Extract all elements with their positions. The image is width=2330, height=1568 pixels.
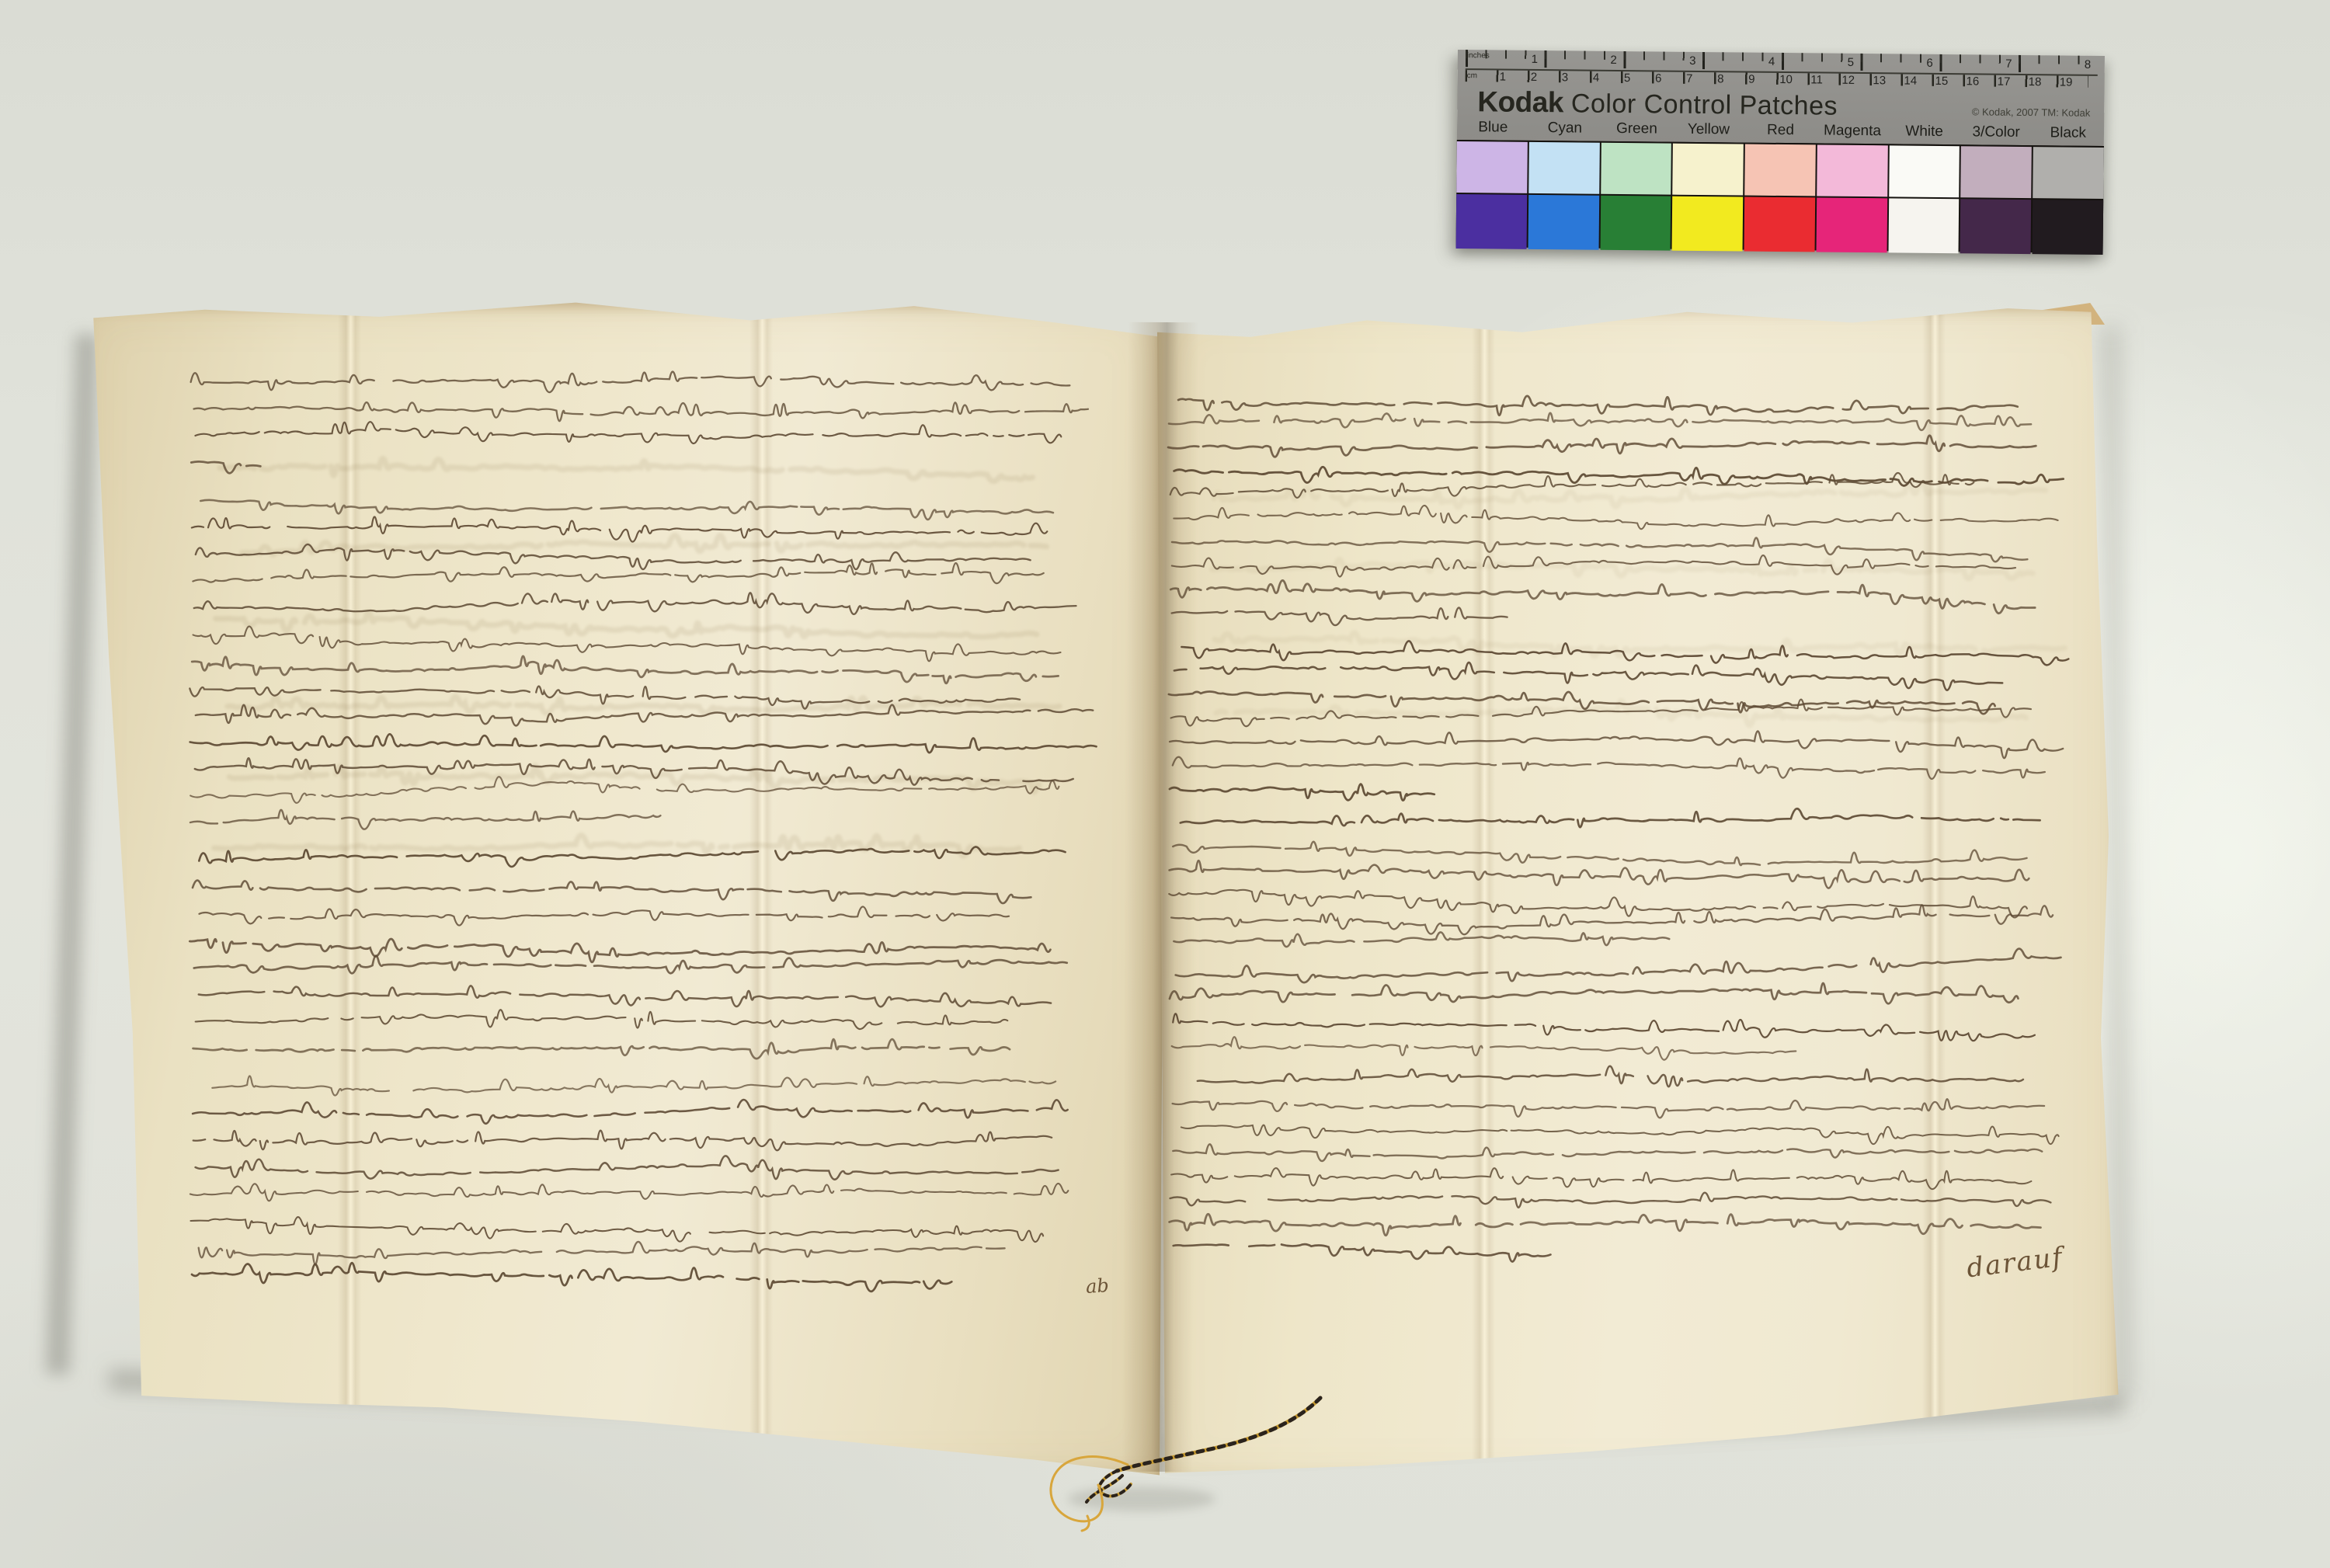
- patch-strong-green: [1600, 196, 1671, 251]
- inch-number: 6: [1926, 57, 1933, 70]
- kodak-logo-text: Kodak: [1477, 85, 1563, 118]
- patch-label-3-color: 3/Color: [1972, 123, 2019, 141]
- ruler: inches cm 12345678 123456789101112131415…: [1458, 50, 2105, 90]
- cm-number: 9: [1748, 73, 1755, 86]
- centre-fold-shadow: [1122, 322, 1199, 1472]
- patch-label-black: Black: [2050, 124, 2086, 141]
- patch-strong-cyan: [1528, 195, 1598, 250]
- cm-number: 10: [1779, 73, 1793, 86]
- patch-label-yellow: Yellow: [1688, 121, 1730, 139]
- fold-crease: [338, 299, 361, 1483]
- manuscript-left-page: [74, 299, 1165, 1483]
- patch-light-3-color: [1961, 146, 2032, 198]
- cm-number: 3: [1562, 71, 1569, 84]
- kodak-color-control-strip: inches cm 12345678 123456789101112131415…: [1456, 50, 2105, 253]
- patch-grid: [1456, 140, 2104, 253]
- patch-light-cyan: [1528, 142, 1599, 194]
- patch-label-white: White: [1905, 123, 1943, 141]
- patch-label-magenta: Magenta: [1824, 123, 1881, 141]
- cm-number: 5: [1624, 71, 1631, 85]
- patch-label-red: Red: [1767, 122, 1794, 139]
- inch-number: 3: [1689, 54, 1696, 68]
- patch-label-blue: Blue: [1478, 119, 1508, 136]
- patch-label-green: Green: [1616, 120, 1657, 138]
- patch-strong-blue: [1456, 194, 1527, 249]
- patch-light-blue: [1456, 141, 1527, 193]
- manuscript-right-page: [1153, 301, 2124, 1490]
- patch-strong-3-color: [1960, 199, 2031, 254]
- left-page-catchword: ab: [1085, 1274, 1110, 1298]
- patch-light-white: [1889, 145, 1960, 197]
- strip-title: Kodak Color Control Patches: [1477, 85, 1838, 121]
- inch-number: 7: [2005, 57, 2012, 71]
- fold-crease: [1472, 301, 1495, 1490]
- cm-number: 17: [1998, 75, 2011, 89]
- cm-number: 11: [1810, 73, 1823, 86]
- patch-strong-red: [1744, 197, 1815, 252]
- strip-copyright: © Kodak, 2007 TM: Kodak: [1972, 106, 2091, 118]
- cm-number: 16: [1967, 75, 1980, 88]
- fold-crease: [749, 299, 773, 1483]
- ruler-unit-cm: cm: [1467, 71, 1477, 80]
- inch-number: 4: [1768, 55, 1775, 68]
- patch-strong-magenta: [1816, 197, 1887, 252]
- cm-number: 12: [1841, 74, 1855, 87]
- strip-title-text: Color Control Patches: [1571, 89, 1838, 120]
- cm-number: 13: [1873, 74, 1886, 87]
- patch-light-magenta: [1817, 144, 1887, 196]
- cm-number: 6: [1655, 71, 1662, 85]
- cm-number: 1: [1500, 71, 1507, 84]
- patch-label-cyan: Cyan: [1548, 120, 1583, 137]
- patch-strong-black: [2033, 200, 2103, 255]
- patch-light-black: [2033, 147, 2103, 199]
- cm-number: 14: [1904, 75, 1917, 88]
- inch-number: 1: [1532, 53, 1539, 66]
- inch-number: 8: [2085, 58, 2092, 71]
- cm-number: 8: [1717, 72, 1724, 85]
- cm-number: 15: [1935, 75, 1948, 88]
- patch-light-yellow: [1673, 144, 1744, 196]
- patch-strong-white: [1888, 198, 1959, 253]
- cm-number: 2: [1531, 71, 1538, 84]
- inch-number: 2: [1610, 54, 1617, 67]
- inch-number: 5: [1848, 56, 1855, 69]
- ruler-unit-inches: inches: [1467, 51, 1490, 60]
- fold-crease: [1922, 301, 1946, 1490]
- patch-strong-yellow: [1672, 196, 1743, 252]
- patch-light-green: [1601, 143, 1671, 195]
- archival-photo-stage: ab darauf inches cm 12345678 12345678910…: [0, 0, 2330, 1568]
- cm-number: 19: [2060, 75, 2073, 89]
- cm-number: 7: [1686, 72, 1693, 85]
- cm-number: 4: [1593, 71, 1600, 85]
- patch-light-red: [1744, 144, 1815, 196]
- cm-number: 18: [2029, 75, 2042, 89]
